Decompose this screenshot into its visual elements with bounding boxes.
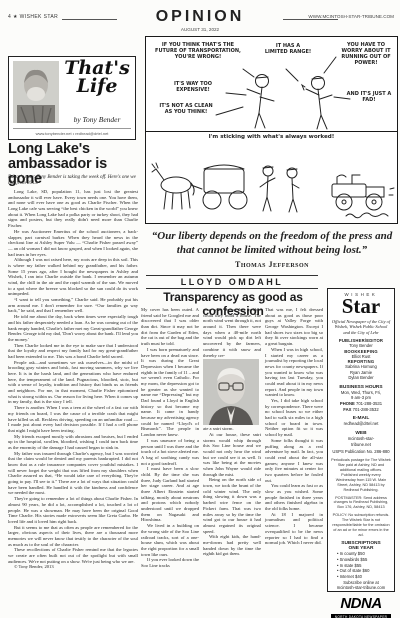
column-title-line2: Life — [61, 77, 133, 95]
section-title: OPINION — [120, 8, 280, 26]
omdahl-column-3: That was me, I felt dressed about as goo… — [265, 307, 323, 595]
article-paragraph: I must have been a slow child. By the ti… — [141, 466, 199, 523]
policy-notice: POLICY: No subscription refunds. The Wis… — [331, 513, 391, 538]
ndna-logo: NDNA NORTH DAKOTA NEWSPAPER ASSOCIATION — [331, 595, 391, 618]
long-lake-article-body: Long Lake, SD, population 11, has just l… — [8, 189, 138, 561]
header-rule-right — [283, 19, 338, 20]
newspaper-page: 4 ★ WISHEK STAR OPINION AUGUST 31, 2022 … — [0, 0, 400, 618]
article-paragraph: At our house, these snirt storms would w… — [203, 432, 261, 478]
article-paragraph: But it seems to me that as often as peop… — [8, 525, 138, 548]
phone-number: 701-288-3531 — [356, 401, 382, 406]
header-center: OPINION AUGUST 31, 2022 — [120, 8, 280, 32]
periodicals-notice: Periodicals postage for The Wishek Star … — [331, 458, 391, 492]
postmaster-notice: POSTMASTER: Send address changes to Redh… — [331, 496, 391, 511]
article-paragraph: My cover has been outed. A friend said h… — [141, 307, 199, 347]
speech-bubble-1: If you think that's the future of transp… — [152, 42, 244, 60]
pullquote-attribution: Thomas Jefferson — [148, 260, 396, 269]
columnist-name: LLOYD OMDAHL — [146, 275, 318, 289]
editorial-cartoon: If you think that's the future of transp… — [145, 36, 398, 224]
article-paragraph: When I was in high school, I started my … — [265, 347, 323, 398]
article-paragraph: Long Lake, SD, population 11, has just l… — [8, 189, 138, 229]
column-byline: by Tony Bender — [59, 115, 135, 124]
page-number: 4 — [8, 14, 11, 20]
article-paragraph: We lived in a building on the wrong side… — [141, 523, 199, 557]
article-paragraph: Some folks thought it was puffing along … — [265, 438, 323, 484]
article-paragraph: “I want to tell you something,” Charlie … — [8, 297, 138, 314]
email-address: redhead@drtel.net — [331, 421, 391, 427]
column-title: That's Life — [61, 59, 133, 95]
column-contact-line: www.tonybender.net • redhead@drtel.net — [13, 131, 131, 136]
issue-date: AUGUST 31, 2022 — [120, 27, 280, 32]
tony-bender-photo — [13, 61, 59, 123]
business-hours-title: BUSINESS HOURS — [331, 385, 391, 390]
ndna-acronym: NDNA — [340, 595, 381, 612]
speech-bubble-6: And it's just a fad! — [346, 91, 392, 103]
fax-label: FAX — [343, 407, 351, 412]
masthead-box: WISHEK Star Official Newspaper of the Ci… — [327, 288, 395, 592]
header-rule-left — [62, 19, 117, 20]
article-paragraph: These recollections of Charlie Fisher re… — [8, 547, 138, 564]
article-paragraph: If you ever looked down the Soo Line tra… — [141, 557, 199, 568]
masthead-official-text: Official Newspaper of the City of Wishek… — [331, 319, 391, 336]
speech-bubble-3: It's not as clean as you think! — [158, 103, 214, 115]
article-paragraph: Being on the north side of town, we took… — [203, 477, 261, 534]
article-paragraph: You could learn as fast or as slow as yo… — [265, 483, 323, 511]
article-paragraph: I was born prematurely and have been on … — [141, 347, 199, 438]
article-paragraph: Although I was not raised here, my roots… — [8, 257, 138, 297]
article-paragraph: At 18 I majored in journalism and politi… — [265, 512, 323, 546]
header-left: 4 ★ WISHEK STAR — [8, 14, 58, 20]
article-paragraph: They're going to remember a lot of thing… — [8, 496, 138, 524]
article-paragraph: Then Charlie looked me in the eye to mak… — [8, 343, 138, 360]
thats-life-rule — [13, 128, 131, 129]
speech-bubble-4: It has a limited range! — [264, 43, 312, 55]
article-paragraph: Yes, I did take high school by correspon… — [265, 398, 323, 438]
masthead-star-logo: Star — [331, 297, 391, 317]
article-paragraph: People ask—and sometimes we ask ourselve… — [8, 360, 138, 406]
ndna-tagline: NORTH DAKOTA NEWSPAPER ASSOCIATION — [331, 614, 391, 618]
editors-note: Editor's note: Tony Bender is taking the… — [8, 175, 136, 187]
phone-label: PHONE — [340, 401, 355, 406]
article-paragraph: That was me, I felt dressed about as goo… — [265, 307, 323, 347]
usps-number: USPS Publication No. 286-880 — [331, 449, 391, 455]
article-paragraph: My father was insured through Charlie's … — [8, 451, 138, 497]
pullquote: “Our liberty depends on the freedom of t… — [148, 229, 396, 269]
speech-bubble-5: You have to worry about it running out o… — [338, 42, 394, 66]
omdahl-column-2: you will know that neither could they bu… — [203, 307, 261, 595]
article-paragraph: With eight kids, the hand-me-downs had p… — [203, 534, 261, 557]
copyright-line: © Tony Bender, 2013 — [8, 564, 138, 570]
omdahl-column-1: My cover has been outed. A friend said h… — [141, 307, 199, 595]
thats-life-masthead: That's Life by Tony Bender www.tonybende… — [8, 56, 136, 140]
pullquote-text: “Our liberty depends on the freedom of t… — [148, 229, 396, 258]
subscribe-note: mcintosh-star-tribune.com — [331, 585, 391, 591]
article-paragraph: you will know that neither could they bu… — [203, 307, 261, 358]
star-icon: ★ — [13, 14, 18, 20]
role-name: Dylan Bender — [331, 375, 391, 380]
article-paragraph: He was Auctioneer Emeritus of the school… — [8, 229, 138, 257]
cartoon-top-panel: If you think that's the future of transp… — [146, 37, 397, 132]
article-paragraph: He told me about the day, back when time… — [8, 314, 138, 342]
fax-number: 701-288-3532 — [353, 407, 379, 412]
publication-name: WISHEK STAR — [20, 14, 58, 20]
web-address: tribune.net — [331, 442, 391, 448]
cartoon-caption: I'm sticking with what's always worked! — [146, 134, 397, 140]
speech-bubble-2: It's way too expensive! — [162, 81, 224, 93]
article-paragraph: My friends escaped mostly with abrasions… — [8, 434, 138, 451]
article-paragraph: I was unaware of being a person until I … — [141, 438, 199, 466]
lloyd-omdahl-photo — [203, 359, 259, 425]
article-paragraph: There is another. When I was a teen at t… — [8, 405, 138, 433]
website-url: WWW.MCINTOSH-STAR-TRIBUNE.COM — [308, 14, 394, 19]
